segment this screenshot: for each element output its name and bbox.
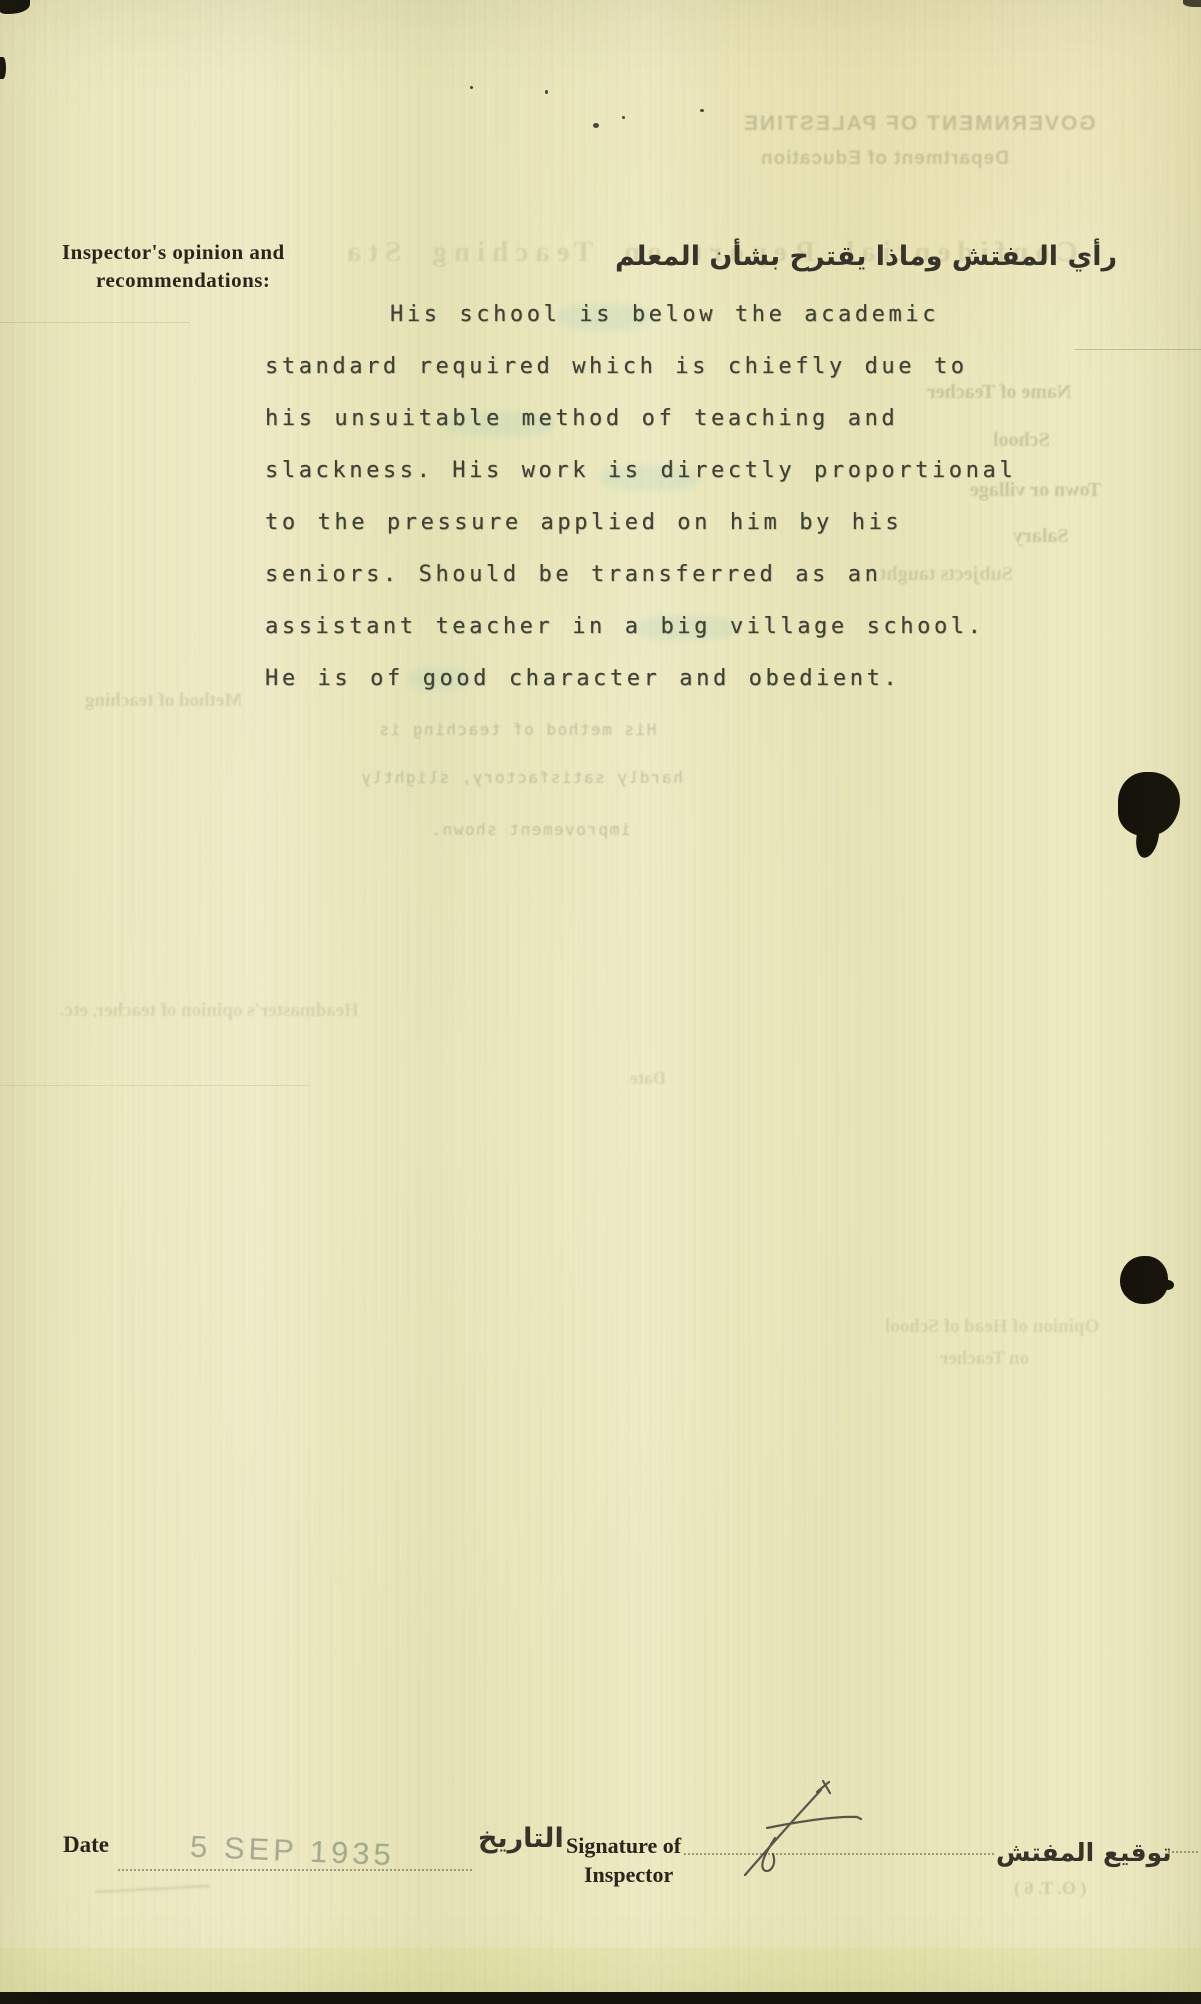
- inspector-opinion-label-line2: recommendations:: [96, 268, 270, 293]
- scanned-document-page: GOVERNMENT OF PALESTINE Department of Ed…: [0, 0, 1201, 2004]
- scan-corner-mark-top-left: [0, 0, 30, 14]
- bleed-field-name-of-teacher: Name of Teacher: [927, 381, 1071, 404]
- bleed-field-school: School: [993, 429, 1050, 452]
- hole-punch-bottom-nub: [1162, 1280, 1174, 1290]
- report-line: slackness. His work is directly proporti…: [265, 458, 1016, 483]
- report-line: seniors. Should be transferred as an: [265, 562, 881, 587]
- paper-crease: [0, 1085, 310, 1086]
- report-line: His school is below the academic: [390, 302, 939, 327]
- inspector-opinion-label-line1: Inspector's opinion and: [62, 240, 285, 265]
- bleed-field-subjects: Subjects taught: [880, 563, 1013, 586]
- bleed-opinion-label: on Teacher: [940, 1348, 1029, 1370]
- report-line: standard required which is chiefly due t…: [265, 354, 968, 379]
- signature-label-arabic: توقيع المفتش: [996, 1838, 1172, 1867]
- bleed-typed-line: hardly satisfactory, slightly: [360, 768, 683, 787]
- faint-pencil-mark: [95, 1885, 210, 1893]
- signature-label-line1: Signature of: [566, 1833, 681, 1859]
- date-label: Date: [63, 1832, 109, 1858]
- report-line: assistant teacher in a big village schoo…: [265, 614, 985, 639]
- ink-speck: [545, 90, 548, 94]
- ink-speck: [593, 123, 599, 128]
- bleed-field-salary: Salary: [1013, 525, 1069, 548]
- report-line: his unsuitable method of teaching and: [265, 406, 898, 431]
- scan-corner-mark-top-right: [1183, 0, 1201, 7]
- bleed-opinion-label: Opinion of Head of School: [885, 1316, 1099, 1338]
- inspector-signature: [733, 1780, 893, 1885]
- paper-crease: [0, 322, 190, 323]
- bleed-field-method-of-teaching: Method of teaching: [85, 690, 242, 712]
- hole-punch-bottom: [1120, 1256, 1168, 1304]
- bleed-headmaster-label: Headmaster's opinion of teacher, etc.: [60, 1000, 359, 1022]
- signature-label-line2: Inspector: [584, 1862, 673, 1888]
- report-line: to the pressure applied on him by his: [265, 510, 902, 535]
- ink-speck: [470, 86, 473, 89]
- paper-crease: [1075, 349, 1201, 350]
- scan-edge-mark-left: [0, 57, 6, 79]
- date-stamp: 5 SEP 1935: [189, 1829, 395, 1874]
- ink-speck: [622, 116, 625, 119]
- bleed-department-header: Department of Education: [760, 148, 1009, 170]
- ink-speck: [700, 109, 704, 112]
- arabic-heading: رأي المفتش وماذا يقترح بشأن المعلم: [615, 241, 1117, 272]
- bleed-typed-line: His method of teaching is: [378, 720, 656, 739]
- scan-bottom-tint-band: [0, 1948, 1201, 1992]
- date-dotted-line: [118, 1869, 472, 1871]
- signature-dotted-line: [1168, 1851, 1198, 1853]
- report-line: He is of good character and obedient.: [265, 666, 900, 691]
- bleed-typed-line: improvement shown.: [430, 820, 630, 839]
- bleed-date-label: Date: [630, 1068, 666, 1089]
- date-label-arabic: التاريخ: [478, 1823, 564, 1854]
- bleed-government-header: GOVERNMENT OF PALESTINE: [742, 112, 1096, 136]
- scan-bottom-edge: [0, 1992, 1201, 2004]
- bleed-form-code: ( O. T. 6 ): [1014, 1878, 1086, 1899]
- hole-punch-top-tail: [1134, 823, 1161, 860]
